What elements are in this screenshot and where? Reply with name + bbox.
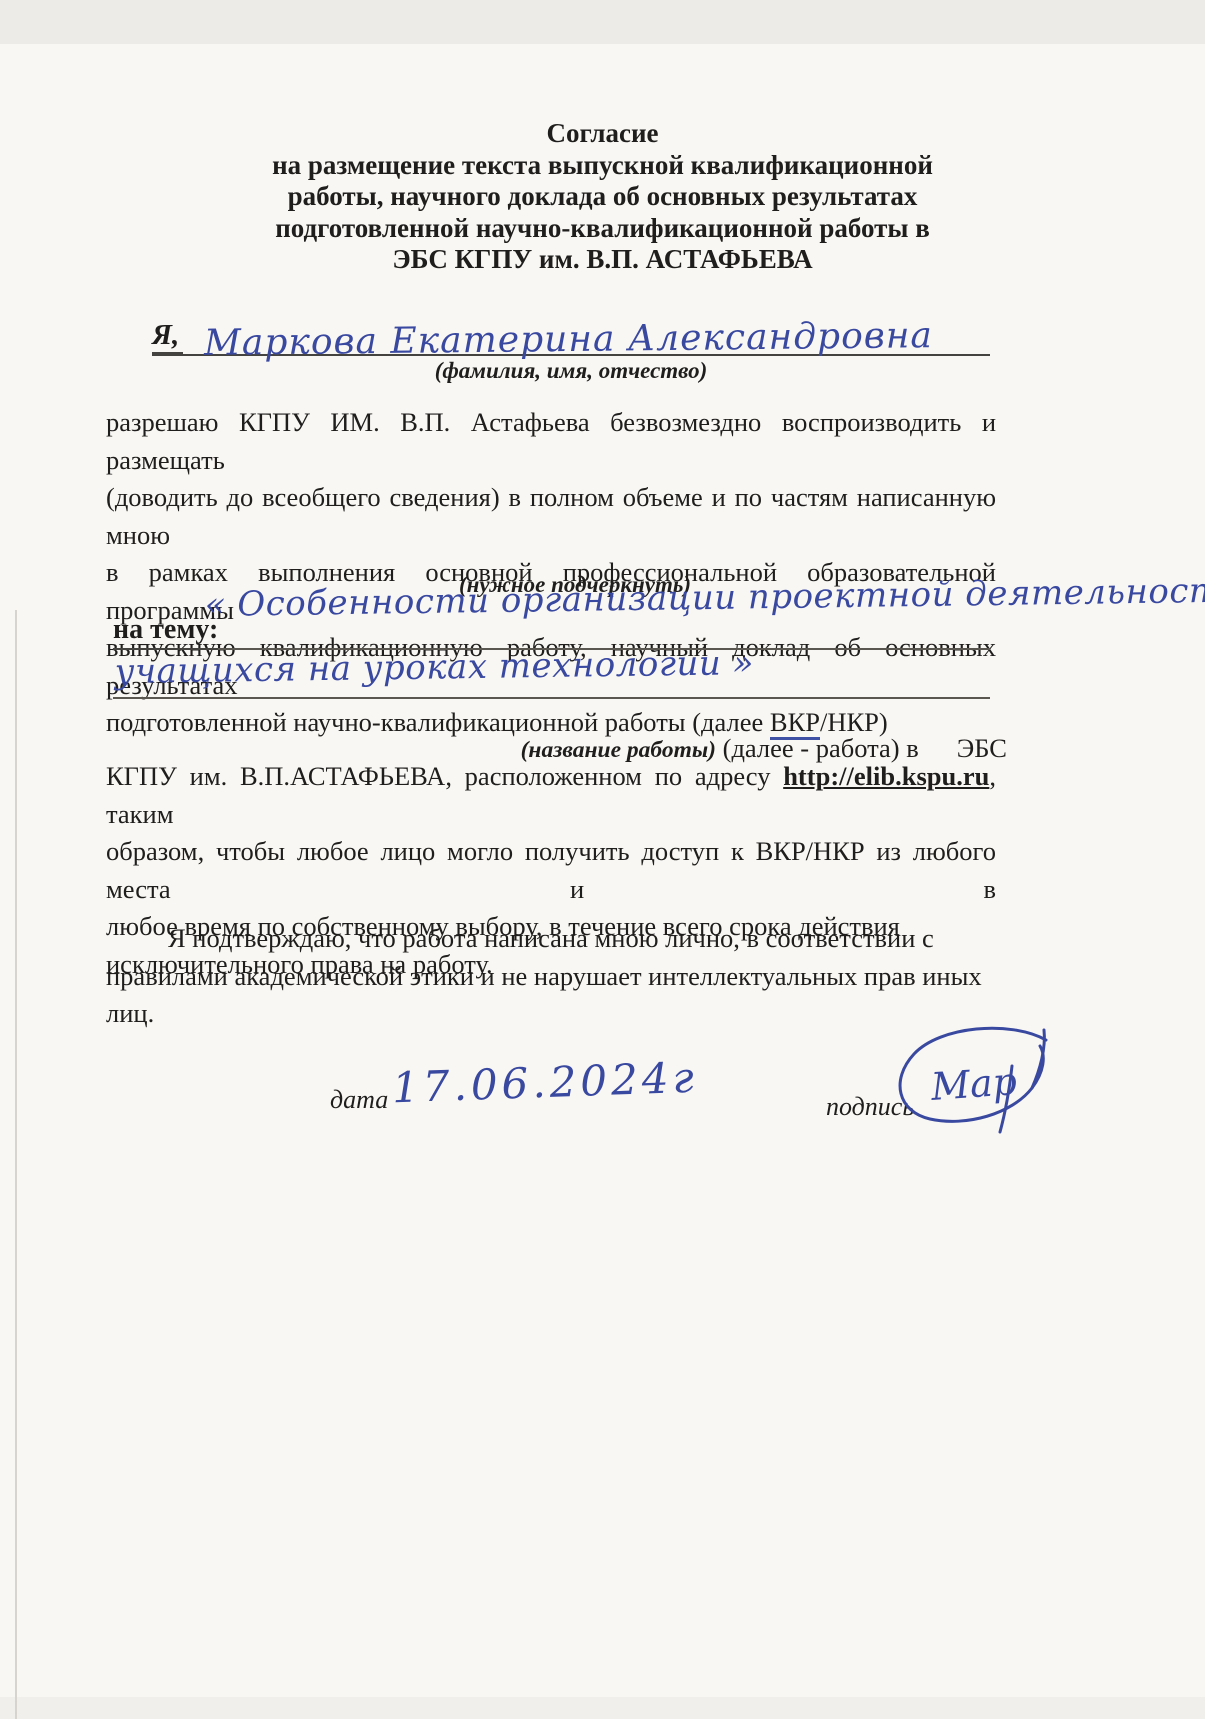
placement-line-1-text: КГПУ им. В.П.АСТАФЬЕВА, расположенном по… bbox=[106, 761, 783, 791]
placement-line-2: образом, чтобы любое лицо могло получить… bbox=[106, 833, 996, 908]
scan-edge-top bbox=[0, 0, 1205, 44]
permission-line-2: (доводить до всеобщего сведения) в полно… bbox=[106, 479, 996, 554]
permission-line-1: разрешаю КГПУ ИМ. В.П. Астафьева безвозм… bbox=[106, 404, 996, 479]
scanned-consent-form: Согласие на размещение текста выпускной … bbox=[0, 0, 1205, 1719]
placement-line-1: КГПУ им. В.П.АСТАФЬЕВА, расположенном по… bbox=[106, 758, 996, 833]
confirmation-line-1: Я подтверждаю, что работа написана мною … bbox=[106, 920, 996, 958]
signature-autograph: Мар bbox=[888, 1018, 1066, 1150]
name-prefix-label: Я, bbox=[152, 319, 183, 354]
title-line-4: подготовленной научно-квалификационной р… bbox=[0, 213, 1205, 245]
name-field-line: Я, Маркова Екатерина Александровна bbox=[152, 300, 990, 356]
elib-url: http://elib.kspu.ru bbox=[783, 761, 989, 791]
document-title: Согласие на размещение текста выпускной … bbox=[0, 118, 1205, 276]
confirmation-paragraph: Я подтверждаю, что работа написана мною … bbox=[106, 920, 996, 1033]
title-line-3: работы, научного доклада об основных рез… bbox=[0, 181, 1205, 213]
topic-label: на тему: bbox=[113, 614, 218, 650]
date-label: дата bbox=[330, 1085, 388, 1115]
signature-text: Мар bbox=[929, 1059, 1019, 1109]
title-line-1: Согласие bbox=[0, 118, 1205, 150]
scan-edge-left-line bbox=[15, 610, 17, 1719]
title-line-5: ЭБС КГПУ им. В.П. АСТАФЬЕВА bbox=[0, 244, 1205, 276]
name-field-caption: (фамилия, имя, отчество) bbox=[152, 358, 990, 384]
handwritten-name: Маркова Екатерина Александровна bbox=[204, 315, 933, 364]
title-line-2: на размещение текста выпускной квалифика… bbox=[0, 150, 1205, 182]
confirmation-line-2: правилами академической этики и не наруш… bbox=[106, 958, 996, 1033]
handwritten-date: 17.06.2024г bbox=[391, 1053, 698, 1113]
scan-edge-bottom bbox=[0, 1697, 1205, 1719]
